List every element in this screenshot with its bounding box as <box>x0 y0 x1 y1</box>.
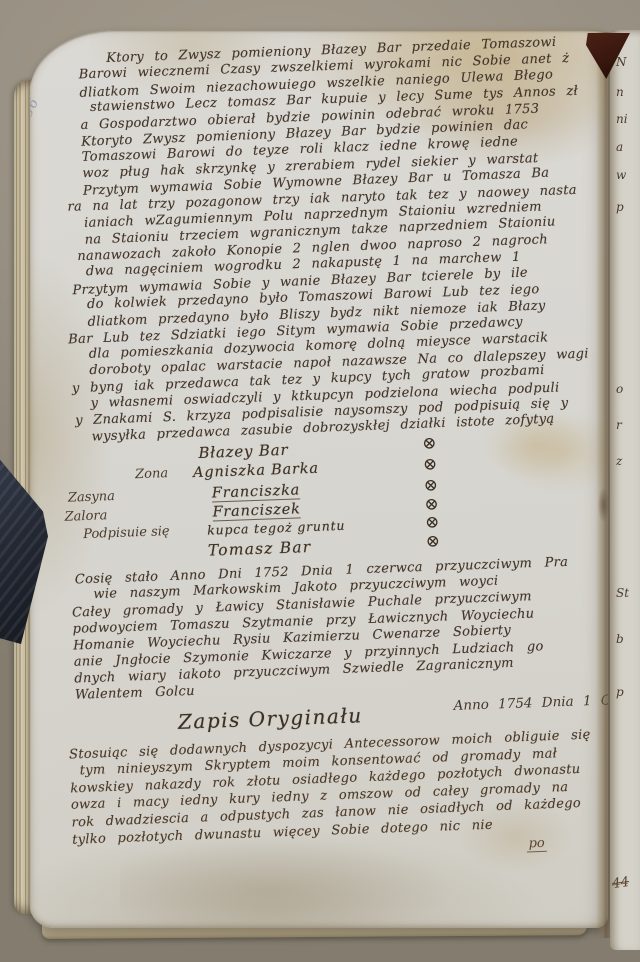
record-heading: Zapis Oryginału <box>178 703 364 734</box>
adjacent-page-text-fragment: N <box>616 55 627 69</box>
signature-cross-mark: ⊗ <box>425 512 440 532</box>
adjacent-page-text-fragment: w <box>616 168 626 182</box>
signature-block: Błazey Bar ⊗ Zona Agniszka Barka ⊗ Zasyn… <box>92 428 608 563</box>
signature-role-label: Zalora <box>64 508 107 525</box>
adjacent-page-text-fragment: z <box>616 454 622 468</box>
handwritten-content: Ktory to Zwysz pomieniony Błazey Bar prz… <box>78 33 608 867</box>
adjacent-page-text-fragment: r <box>616 418 622 432</box>
signatory-name: Tomasz Bar <box>208 538 312 560</box>
signatory-name: Agniszka Barka <box>193 460 319 480</box>
attestation-paragraph: Cosię stało Anno Dni 1752 Dnia 1 czerwca… <box>71 552 608 705</box>
signature-cross-mark: ⊗ <box>425 531 440 551</box>
adjacent-page-text-fragment: n <box>616 85 624 99</box>
signature-cross-mark: ⊗ <box>422 433 437 453</box>
margin-folio-number: 44 <box>611 874 630 892</box>
adjacent-page-text-fragment: p <box>616 200 624 214</box>
pencil-archival-number: 836 <box>30 95 43 129</box>
adjacent-page-text-fragment: a <box>616 140 623 154</box>
adjacent-page-text-fragment: St <box>616 586 629 600</box>
signatory-name: Franciszek <box>212 501 301 521</box>
signature-role-label: Zasyna <box>68 489 115 506</box>
gutter-stain <box>598 488 609 522</box>
signature-cross-mark: ⊗ <box>423 454 438 474</box>
record-heading-date: Anno 1754 Dnia 1 Czerwca <box>453 690 608 713</box>
signatory-name: Błazey Bar <box>198 440 289 461</box>
deed-paragraph: Ktory to Zwysz pomieniony Błazey Bar prz… <box>78 33 608 446</box>
photo-backdrop: 836 Ktory to Zwysz pomieniony Błazey Bar… <box>0 0 640 962</box>
signature-role-label: Podpisuie się <box>83 524 170 542</box>
adjacent-page-text-fragment: ni <box>616 112 628 126</box>
adjacent-page-text-fragment: o <box>616 382 623 396</box>
adjacent-page-text-fragment: b <box>616 632 624 646</box>
catchword: po <box>526 835 547 852</box>
obligation-paragraph: Stosuiąc się dodawnych dyspozycyi Antece… <box>69 725 608 849</box>
signature-cross-mark: ⊗ <box>423 475 438 495</box>
next-page-edge: N n ni a w p o r z St b p 44 <box>610 30 640 950</box>
adjacent-page-text-fragment: p <box>616 685 624 699</box>
signature-role-label: Zona <box>135 466 168 482</box>
manuscript-page: 836 Ktory to Zwysz pomieniony Błazey Bar… <box>30 30 608 928</box>
signatory-name: Franciszka <box>212 482 301 502</box>
